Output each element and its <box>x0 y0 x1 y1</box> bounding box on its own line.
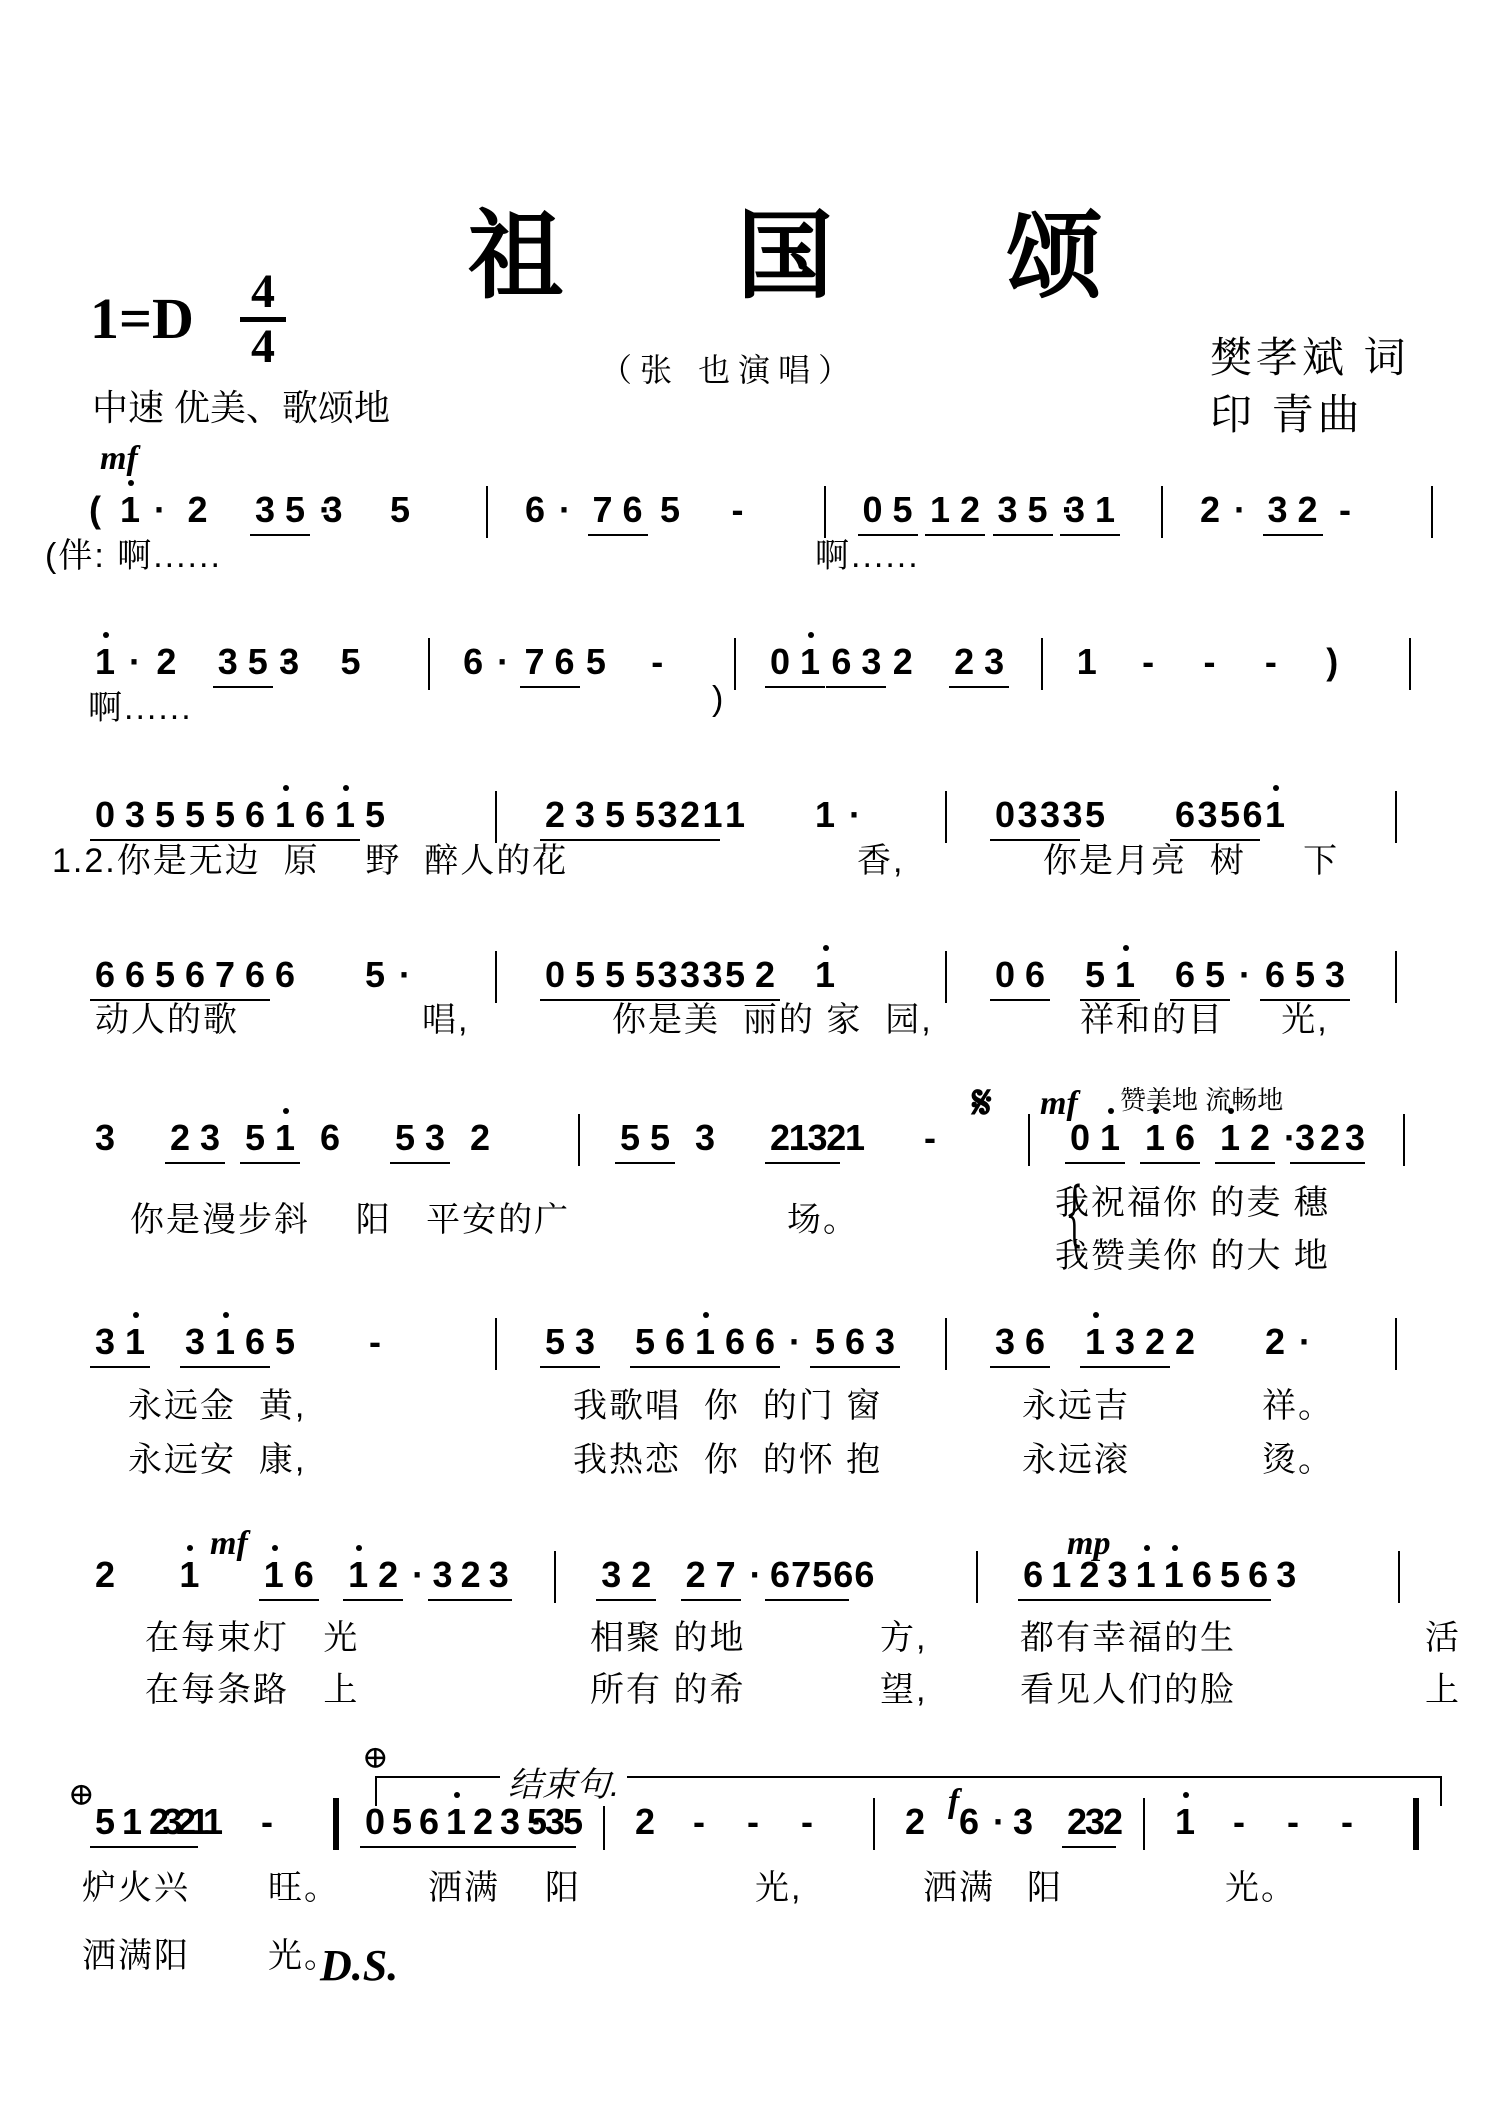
note: 0 <box>1065 1118 1095 1158</box>
note: 3 <box>250 490 280 530</box>
note: 3 <box>990 1322 1020 1362</box>
note: 6 <box>180 955 210 995</box>
beam-underline <box>90 1366 150 1368</box>
note: 6 <box>315 1118 345 1158</box>
note: 2 <box>630 1802 660 1842</box>
dot: · <box>390 955 420 995</box>
note: 1 <box>840 1118 870 1158</box>
lyric-text: 1.2.你是无边 原 野 醉人的花 <box>52 833 568 882</box>
note: 6 <box>300 795 330 835</box>
beam-underline <box>522 1846 576 1848</box>
dot: · <box>780 1322 810 1362</box>
barline <box>1395 951 1397 1003</box>
beam-underline <box>1018 1599 1102 1601</box>
note: 5 <box>810 1322 840 1362</box>
note: 3 <box>484 1555 514 1595</box>
song-title: 祖 国 颂 <box>0 180 1500 317</box>
note: 6 <box>1020 955 1050 995</box>
note: 1 <box>795 642 825 682</box>
note: 2 <box>540 795 570 835</box>
note: 1 <box>441 1802 471 1842</box>
barline <box>333 1798 339 1850</box>
lyric-text: 所有 的希 <box>590 1662 745 1711</box>
dynamic-mf-2: mf <box>210 1525 248 1563</box>
segno-icon: 𝄋 <box>972 1075 992 1131</box>
barline <box>554 1551 556 1603</box>
lyric-text: 旺。 <box>268 1860 340 1909</box>
lyric-text: 阳 <box>1027 1860 1063 1909</box>
lyric-text: 洒满 <box>923 1860 995 1909</box>
note: 1 <box>117 1802 147 1842</box>
note: - <box>360 1322 390 1362</box>
beam-underline <box>240 1162 300 1164</box>
note: 1 <box>259 1555 289 1595</box>
barline <box>1398 1551 1400 1603</box>
lyric-text: 方, <box>880 1610 927 1659</box>
note: 2 <box>165 1118 195 1158</box>
note: 1 <box>115 490 145 530</box>
note: - <box>684 1802 714 1842</box>
note: 6 <box>618 490 648 530</box>
barline <box>1028 1114 1030 1166</box>
beam-underline <box>1103 1599 1187 1601</box>
note: 3 <box>1340 1118 1370 1158</box>
beam-underline <box>810 1366 900 1368</box>
note: 5 <box>1023 490 1053 530</box>
note: 6 <box>1187 1555 1217 1595</box>
note: 5 <box>655 490 685 530</box>
lyric-text: 永远金 黄, <box>128 1378 306 1427</box>
note: 6 <box>720 1322 750 1362</box>
note: 1 <box>210 1322 240 1362</box>
lyric-text: 我歌唱 你 的门 窗 <box>573 1378 882 1427</box>
beam-underline <box>1140 1162 1200 1164</box>
note: 1 <box>270 795 300 835</box>
note: - <box>252 1802 282 1842</box>
lyric-text: 看见人们的脸 <box>1020 1662 1236 1711</box>
lyric-text: 阳 <box>545 1860 581 1909</box>
note: 5 <box>387 1802 417 1842</box>
note: 1 <box>1260 795 1290 835</box>
lyric-text: ) <box>712 680 725 719</box>
barline <box>1041 638 1043 690</box>
note: 5 <box>1290 955 1320 995</box>
note: 5 <box>360 955 390 995</box>
note: 5 <box>150 795 180 835</box>
note: 5 <box>390 1118 420 1158</box>
lyric-text: 动人的歌 <box>95 992 239 1041</box>
lyric-text: 光, <box>755 1860 802 1909</box>
time-signature-bottom: 4 <box>240 325 286 369</box>
note: 1 <box>1215 1118 1245 1158</box>
note: 0 <box>540 955 570 995</box>
lyric-text: 光。 <box>1225 1860 1297 1909</box>
note: 2 <box>888 642 918 682</box>
dot: · <box>120 642 150 682</box>
note: 2 <box>1140 1322 1170 1362</box>
note: 3 <box>570 1322 600 1362</box>
note: 5 <box>280 490 310 530</box>
note: 1 <box>1110 955 1140 995</box>
note: 2 <box>949 642 979 682</box>
dynamic-mf-chorus: mf <box>1040 1085 1078 1123</box>
beam-underline <box>90 1846 144 1848</box>
note: 3 <box>1008 1802 1038 1842</box>
note: 1 <box>120 1322 150 1362</box>
note: 2 <box>1293 490 1323 530</box>
note: 3 <box>1110 1322 1140 1362</box>
beam-underline <box>390 1162 450 1164</box>
lyric-text: 烫。 <box>1262 1432 1334 1481</box>
note: 5 <box>180 795 210 835</box>
beam-underline <box>990 999 1050 1001</box>
note: 3 <box>690 1118 720 1158</box>
note: 1 <box>174 1555 204 1595</box>
beam-underline <box>1065 1162 1125 1164</box>
note: 3 <box>274 642 304 682</box>
dot: · <box>1230 955 1260 995</box>
note: 6 <box>750 1322 780 1362</box>
note: 2 <box>681 1555 711 1595</box>
note: 5 <box>888 490 918 530</box>
note: 1 <box>90 642 120 682</box>
note: 6 <box>240 1322 270 1362</box>
note: 2 <box>90 1555 120 1595</box>
beam-underline <box>1215 1162 1275 1164</box>
barline <box>486 486 488 538</box>
beam-underline <box>540 1366 600 1368</box>
lyric-text: 啊...... <box>88 680 193 729</box>
note: - <box>1332 1802 1362 1842</box>
note: 0 <box>360 1802 390 1842</box>
note: 5 <box>385 490 415 530</box>
note: 3 <box>979 642 1009 682</box>
note: 5 <box>540 1322 570 1362</box>
note: 3 <box>993 490 1023 530</box>
note: 1 <box>690 1322 720 1362</box>
beam-underline <box>765 1162 840 1164</box>
note: 6 <box>90 955 120 995</box>
note: 3 <box>570 795 600 835</box>
lyric-text: 上 <box>1425 1662 1461 1711</box>
beam-underline <box>1290 1162 1365 1164</box>
note: - <box>915 1118 945 1158</box>
beam-underline <box>165 1162 225 1164</box>
note: 1 <box>1080 1322 1110 1362</box>
barline <box>945 791 947 843</box>
note: 3 <box>495 1802 525 1842</box>
note: 6 <box>826 642 856 682</box>
note: 6 <box>660 1322 690 1362</box>
note: 5 <box>1200 955 1230 995</box>
note: 2 <box>468 1802 498 1842</box>
beam-underline <box>596 1599 656 1601</box>
note: 3 <box>1271 1555 1301 1595</box>
lyric-text: 我赞美你 的大 地 <box>1055 1228 1330 1277</box>
note: 6 <box>1243 1555 1273 1595</box>
barline <box>495 1318 497 1370</box>
note: 1 <box>1159 1555 1189 1595</box>
beam-underline <box>720 1366 780 1368</box>
note: 3 <box>1320 955 1350 995</box>
beam-underline <box>1080 1366 1170 1368</box>
lyric-text: 你是漫步斜 阳 平安的广 <box>130 1192 570 1241</box>
note: 3 <box>90 1118 120 1158</box>
note: 5 <box>630 1322 660 1362</box>
note: 6 <box>849 1555 879 1595</box>
note: - <box>1195 642 1225 682</box>
beam-underline <box>993 534 1053 536</box>
beam-underline <box>630 1366 720 1368</box>
note: 5 <box>600 795 630 835</box>
lyric-text: 活 <box>1425 1610 1461 1659</box>
note: 0 <box>990 955 1020 995</box>
note: 6 <box>1020 1322 1050 1362</box>
note: 7 <box>210 955 240 995</box>
beam-underline <box>428 1599 512 1601</box>
dot: · <box>1225 490 1255 530</box>
barline <box>945 1318 947 1370</box>
beam-underline <box>765 686 825 688</box>
note: 6 <box>414 1802 444 1842</box>
barline <box>1161 486 1163 538</box>
barline <box>1409 638 1411 690</box>
note: 6 <box>458 642 488 682</box>
beam-underline <box>250 534 310 536</box>
note: - <box>792 1802 822 1842</box>
note: 6 <box>240 795 270 835</box>
note: 1 <box>720 795 750 835</box>
dynamic-mf: mf <box>100 440 138 478</box>
note: 0 <box>90 795 120 835</box>
note: - <box>1224 1802 1254 1842</box>
note: 1 <box>270 1118 300 1158</box>
note: 1 <box>330 795 360 835</box>
coda-icon: ⊕ <box>68 1775 95 1813</box>
note: 2 <box>750 955 780 995</box>
lyric-text: 祥和的目 光, <box>1080 992 1329 1041</box>
singer-credit: （张 也演唱） <box>600 345 858 391</box>
note: 5 <box>570 955 600 995</box>
note: 1 <box>1095 1118 1125 1158</box>
beam-underline <box>826 686 886 688</box>
note: 2 <box>373 1555 403 1595</box>
barline <box>428 638 430 690</box>
note: - <box>738 1802 768 1842</box>
dynamic-mp: mp <box>1067 1525 1110 1563</box>
note: 7 <box>520 642 550 682</box>
lyric-text: 唱, <box>422 992 469 1041</box>
note: 5 <box>360 795 390 835</box>
note: 5 <box>645 1118 675 1158</box>
dot: · <box>840 795 870 835</box>
dot: · <box>1290 1322 1320 1362</box>
beam-underline <box>949 686 1009 688</box>
note: 3 <box>856 642 886 682</box>
note: 6 <box>1170 955 1200 995</box>
coda-icon-end: ⊕ <box>362 1738 389 1776</box>
ds-marking: D.S. <box>320 1940 398 1991</box>
note: 3 <box>1263 490 1293 530</box>
beam-underline <box>1062 1846 1116 1848</box>
note: 1 <box>1131 1555 1161 1595</box>
time-signature-top: 4 <box>240 270 286 314</box>
beam-underline <box>630 839 720 841</box>
barline <box>1431 486 1433 538</box>
lyric-text: 我祝福你 的麦 穗 <box>1055 1175 1330 1224</box>
note: 3 <box>596 1555 626 1595</box>
note: - <box>1133 642 1163 682</box>
beam-underline <box>615 1162 675 1164</box>
note: 1 <box>1072 642 1102 682</box>
note: 5 <box>581 642 611 682</box>
lyric-text: 洒满阳 <box>82 1928 190 1977</box>
note: 6 <box>550 642 580 682</box>
beam-underline <box>259 1599 319 1601</box>
beam-underline <box>588 534 648 536</box>
expression-marking: 赞美地 流畅地 <box>1120 1080 1283 1117</box>
barline <box>1395 791 1397 843</box>
barline <box>1403 1114 1405 1166</box>
barline <box>945 951 947 1003</box>
barline <box>976 1551 978 1603</box>
note: 2 <box>183 490 213 530</box>
lyric-text: 场。 <box>787 1192 859 1241</box>
beam-underline <box>765 1599 849 1601</box>
beam-underline <box>343 1599 403 1601</box>
note: 5 <box>270 1322 300 1362</box>
note: 6 <box>520 490 550 530</box>
barline <box>495 951 497 1003</box>
lyric-text: 望, <box>880 1662 927 1711</box>
note: 6 <box>1260 955 1290 995</box>
note: 3 <box>870 1322 900 1362</box>
lyricist-credit: 樊孝斌 词 <box>1210 325 1410 385</box>
lyric-text: 你是美 丽的 家 园, <box>612 992 933 1041</box>
note: 3 <box>420 1118 450 1158</box>
note: 1 <box>810 955 840 995</box>
lyric-text: 都有幸福的生 <box>1020 1610 1236 1659</box>
barline <box>734 638 736 690</box>
lyric-text: 香, <box>857 833 904 882</box>
dot: · <box>550 490 580 530</box>
note: - <box>642 642 672 682</box>
note: 5 <box>243 642 273 682</box>
note: 6 <box>120 955 150 995</box>
note: 2 <box>1245 1118 1275 1158</box>
lyric-text: 我热恋 你 的怀 抱 <box>573 1432 882 1481</box>
note: 6 <box>240 955 270 995</box>
note: 7 <box>588 490 618 530</box>
lyric-text: 祥。 <box>1262 1378 1334 1427</box>
note: 1 <box>1170 1802 1200 1842</box>
beam-underline <box>468 1846 522 1848</box>
note: 5 <box>240 1118 270 1158</box>
note: 7 <box>711 1555 741 1595</box>
composer-credit: 印 青曲 <box>1210 382 1364 442</box>
beam-underline <box>414 1846 468 1848</box>
note: 2 <box>1170 1322 1200 1362</box>
note: 2 <box>1260 1322 1290 1362</box>
barline <box>1395 1318 1397 1370</box>
note: 5 <box>720 955 750 995</box>
lyric-text: 洒满 <box>428 1860 500 1909</box>
lyric-text: 啊...... <box>815 528 920 577</box>
beam-underline <box>520 686 580 688</box>
note: 1 <box>1090 490 1120 530</box>
beam-underline <box>1263 534 1323 536</box>
note: 2 <box>1098 1802 1128 1842</box>
note: 3 <box>90 1322 120 1362</box>
note: 2 <box>955 490 985 530</box>
lyric-text: (伴: 啊...... <box>45 528 222 577</box>
note: 5 <box>210 795 240 835</box>
note: 3 <box>180 1322 210 1362</box>
note: 2 <box>1195 490 1225 530</box>
note: 3 <box>120 795 150 835</box>
note: 1 <box>343 1555 373 1595</box>
beam-underline <box>1060 534 1120 536</box>
beam-underline <box>925 534 985 536</box>
note: 5 <box>1215 1555 1245 1595</box>
note: 2 <box>465 1118 495 1158</box>
lyric-text: 永远滚 <box>1022 1432 1130 1481</box>
note: 3 <box>318 490 348 530</box>
note: 2 <box>626 1555 656 1595</box>
note: 3 <box>1060 490 1090 530</box>
note: 6 <box>1170 1118 1200 1158</box>
beam-underline <box>213 686 273 688</box>
beam-underline <box>360 1846 414 1848</box>
note: 3 <box>428 1555 458 1595</box>
note: 6 <box>840 1322 870 1362</box>
lyric-text: 在每束灯 光 <box>145 1610 359 1659</box>
note: - <box>1256 642 1286 682</box>
note: 2 <box>900 1802 930 1842</box>
beam-underline <box>681 1599 741 1601</box>
time-signature: 4 4 <box>240 270 286 369</box>
note: 5 <box>150 955 180 995</box>
note: 5 <box>558 1802 588 1842</box>
lyric-text: 相聚 的地 <box>590 1610 745 1659</box>
dot: · <box>488 642 518 682</box>
tempo-marking: 中速 优美、歌颂地 <box>92 380 390 431</box>
note: 1 <box>810 795 840 835</box>
barline <box>578 1114 580 1166</box>
verse-brace: { <box>1065 1178 1083 1248</box>
dot: · <box>145 490 175 530</box>
note: 3 <box>213 642 243 682</box>
coda-label: 结束句. <box>500 1757 627 1806</box>
beam-underline <box>1187 1599 1271 1601</box>
lyric-text: 永远吉 <box>1022 1378 1130 1427</box>
note: 6 <box>270 955 300 995</box>
lyric-text: 永远安 康, <box>128 1432 306 1481</box>
open-paren: ( <box>80 490 110 530</box>
note: 2 <box>456 1555 486 1595</box>
note: 2 <box>151 642 181 682</box>
note: 6 <box>289 1555 319 1595</box>
lyric-text: 在每条路 上 <box>145 1662 359 1711</box>
note: 0 <box>765 642 795 682</box>
note: 5 <box>1080 955 1110 995</box>
lyric-text: 你是月亮 树 下 <box>1043 833 1339 882</box>
lyric-text: 炉火兴 <box>82 1860 190 1909</box>
note: - <box>723 490 753 530</box>
note: 0 <box>858 490 888 530</box>
note: ) <box>1317 642 1347 682</box>
note: 5 <box>600 955 630 995</box>
